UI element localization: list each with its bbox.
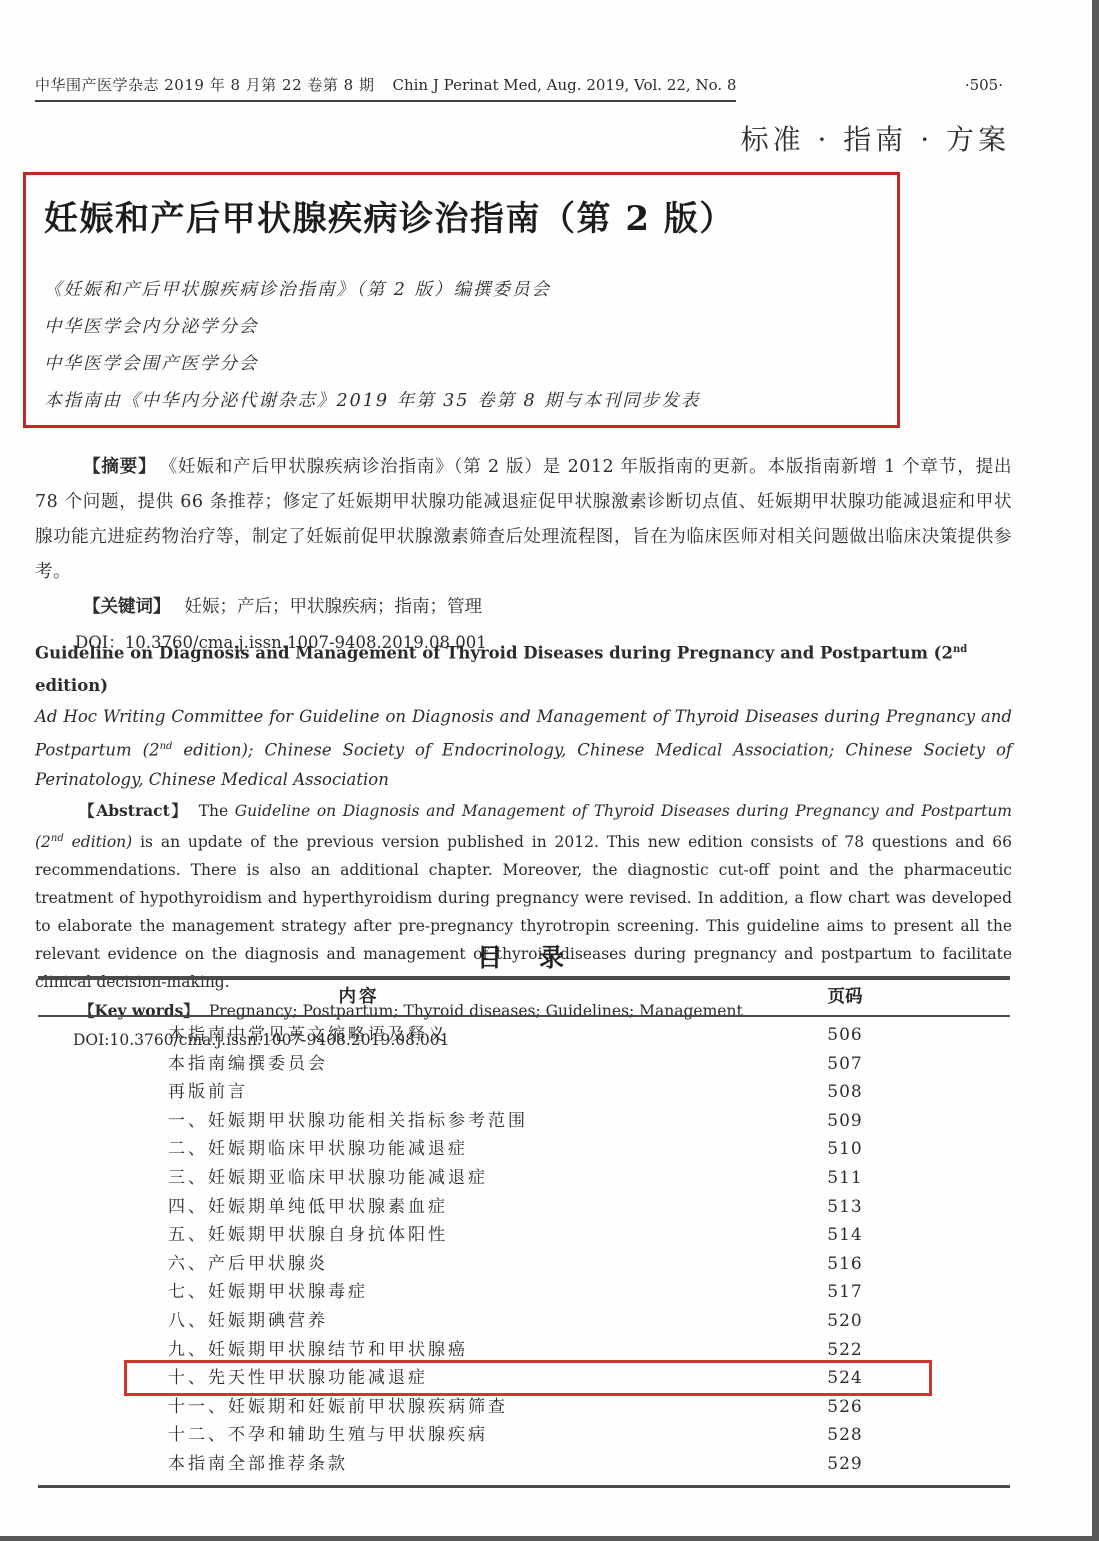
toc-row: 十一、妊娠期和妊娠前甲状腺疾病筛查526 <box>38 1393 1010 1422</box>
english-committee-superscript: nd <box>160 741 173 752</box>
toc-row: 十二、不孕和辅助生殖与甲状腺疾病528 <box>38 1421 1010 1450</box>
toc-row-page: 529 <box>680 1450 1010 1479</box>
english-committee-tail: edition); Chinese Society of Endocrinolo… <box>35 740 1012 789</box>
toc-row: 一、妊娠期甲状腺功能相关指标参考范围509 <box>38 1107 1010 1136</box>
toc-row-label: 六、产后甲状腺炎 <box>38 1250 680 1279</box>
abstract-cn: 【摘要】《妊娠和产后甲状腺疾病诊治指南》（第 2 版）是 2012 年版指南的更… <box>35 450 1012 660</box>
english-title-superscript: nd <box>953 644 967 655</box>
toc-row-label: 本指南全部推荐条款 <box>38 1450 680 1479</box>
toc-heading: 目 录 <box>35 938 1012 974</box>
toc-row-label: 本指南编撰委员会 <box>38 1050 680 1079</box>
toc-row: 本指南中常见英文缩略语及释义506 <box>38 1021 1010 1050</box>
keywords-cn-label: 【关键词】 <box>83 597 171 617</box>
scan-edge-right <box>1092 0 1099 1541</box>
toc-row-label: 十、先天性甲状腺功能减退症 <box>38 1364 680 1393</box>
copublication-line: 本指南由《中华内分泌代谢杂志》2019 年第 35 卷第 8 期与本刊同步发表 <box>44 383 897 420</box>
keywords-cn-line: 【关键词】妊娠；产后；甲状腺疾病；指南；管理 <box>35 590 1012 625</box>
abstract-en-label: 【Abstract】 <box>79 801 189 820</box>
society-line-endocrinology: 中华医学会内分泌学分会 <box>44 309 897 346</box>
toc-header-row: 内容 页码 <box>38 980 1010 1017</box>
toc-row: 三、妊娠期亚临床甲状腺功能减退症511 <box>38 1164 1010 1193</box>
abstract-en-lead: The <box>199 802 235 820</box>
toc-row-label: 再版前言 <box>38 1078 680 1107</box>
toc-row: 二、妊娠期临床甲状腺功能减退症510 <box>38 1135 1010 1164</box>
toc-row: 再版前言508 <box>38 1078 1010 1107</box>
journal-header: 中华围产医学杂志 2019 年 8 月第 22 卷第 8 期Chin J Per… <box>35 74 736 102</box>
toc-row-highlighted: 十、先天性甲状腺功能减退症524 <box>38 1364 1010 1393</box>
toc-row-page: 506 <box>680 1021 1010 1050</box>
journal-page: 中华围产医学杂志 2019 年 8 月第 22 卷第 8 期Chin J Per… <box>0 0 1099 1541</box>
toc-row-label: 十一、妊娠期和妊娠前甲状腺疾病筛查 <box>38 1393 680 1422</box>
toc-row-label: 七、妊娠期甲状腺毒症 <box>38 1278 680 1307</box>
abstract-cn-body: 《妊娠和产后甲状腺疾病诊治指南》（第 2 版）是 2012 年版指南的更新。本版… <box>35 457 1012 582</box>
committee-line: 《妊娠和产后甲状腺疾病诊治指南》（第 2 版）编撰委员会 <box>44 272 897 309</box>
toc-row: 四、妊娠期单纯低甲状腺素血症513 <box>38 1193 1010 1222</box>
scan-edge-bottom <box>0 1536 1099 1541</box>
toc-body: 本指南中常见英文缩略语及释义506 本指南编撰委员会507 再版前言508 一、… <box>38 1017 1010 1485</box>
toc-row-page: 510 <box>680 1135 1010 1164</box>
title-highlight-box: 妊娠和产后甲状腺疾病诊治指南（第 2 版） 《妊娠和产后甲状腺疾病诊治指南》（第… <box>23 172 900 428</box>
toc-row-page: 526 <box>680 1393 1010 1422</box>
society-line-perinatology: 中华医学会围产医学分会 <box>44 346 897 383</box>
toc-row-page: 528 <box>680 1421 1010 1450</box>
abstract-en-superscript: nd <box>51 833 64 844</box>
abstract-cn-label: 【摘要】 <box>83 457 156 477</box>
page-number: ·505· <box>965 76 1003 94</box>
toc-row-page: 522 <box>680 1336 1010 1365</box>
toc-row: 五、妊娠期甲状腺自身抗体阳性514 <box>38 1221 1010 1250</box>
toc-row-page: 524 <box>680 1364 1010 1393</box>
english-committee: Ad Hoc Writing Committee for Guideline o… <box>35 702 1012 796</box>
toc-row-page: 511 <box>680 1164 1010 1193</box>
toc-row-label: 一、妊娠期甲状腺功能相关指标参考范围 <box>38 1107 680 1136</box>
toc-header-content: 内容 <box>38 980 680 1015</box>
english-title: Guideline on Diagnosis and Management of… <box>35 634 1012 702</box>
abstract-en-guideline-title-close: edition) <box>64 833 132 851</box>
toc-row-page: 516 <box>680 1250 1010 1279</box>
english-title-tail: edition) <box>35 676 108 695</box>
toc-row-label: 八、妊娠期碘营养 <box>38 1307 680 1336</box>
english-title-text: Guideline on Diagnosis and Management of… <box>35 644 953 663</box>
journal-header-rule: 中华围产医学杂志 2019 年 8 月第 22 卷第 8 期Chin J Per… <box>35 74 736 102</box>
toc-header-page: 页码 <box>680 980 1010 1015</box>
toc-row-label: 五、妊娠期甲状腺自身抗体阳性 <box>38 1221 680 1250</box>
toc-row-label: 十二、不孕和辅助生殖与甲状腺疾病 <box>38 1421 680 1450</box>
toc-row-page: 514 <box>680 1221 1010 1250</box>
toc-row: 本指南编撰委员会507 <box>38 1050 1010 1079</box>
toc-row: 九、妊娠期甲状腺结节和甲状腺癌522 <box>38 1336 1010 1365</box>
article-title: 妊娠和产后甲状腺疾病诊治指南（第 2 版） <box>44 191 897 240</box>
toc-row-label: 四、妊娠期单纯低甲状腺素血症 <box>38 1193 680 1222</box>
abstract-cn-text: 【摘要】《妊娠和产后甲状腺疾病诊治指南》（第 2 版）是 2012 年版指南的更… <box>35 450 1012 590</box>
toc-row-label: 本指南中常见英文缩略语及释义 <box>38 1021 680 1050</box>
toc-row-page: 507 <box>680 1050 1010 1079</box>
toc-table: 内容 页码 本指南中常见英文缩略语及释义506 本指南编撰委员会507 再版前言… <box>38 976 1010 1488</box>
section-label: 标准 · 指南 · 方案 <box>741 118 1010 158</box>
toc-row-label: 九、妊娠期甲状腺结节和甲状腺癌 <box>38 1336 680 1365</box>
toc-row-page: 513 <box>680 1193 1010 1222</box>
toc-row-page: 509 <box>680 1107 1010 1136</box>
journal-title-cn: 中华围产医学杂志 2019 年 8 月第 22 卷第 8 期 <box>35 76 375 94</box>
toc-row: 八、妊娠期碘营养520 <box>38 1307 1010 1336</box>
toc-row-page: 520 <box>680 1307 1010 1336</box>
toc-row-page: 508 <box>680 1078 1010 1107</box>
journal-title-en: Chin J Perinat Med, Aug. 2019, Vol. 22, … <box>393 76 737 94</box>
toc-row: 本指南全部推荐条款529 <box>38 1450 1010 1479</box>
toc-row-label: 二、妊娠期临床甲状腺功能减退症 <box>38 1135 680 1164</box>
toc-row-label: 三、妊娠期亚临床甲状腺功能减退症 <box>38 1164 680 1193</box>
keywords-cn: 妊娠；产后；甲状腺疾病；指南；管理 <box>185 597 483 617</box>
toc-row: 七、妊娠期甲状腺毒症517 <box>38 1278 1010 1307</box>
toc-row-page: 517 <box>680 1278 1010 1307</box>
author-lines: 《妊娠和产后甲状腺疾病诊治指南》（第 2 版）编撰委员会 中华医学会内分泌学分会… <box>44 272 897 420</box>
toc-row: 六、产后甲状腺炎516 <box>38 1250 1010 1279</box>
